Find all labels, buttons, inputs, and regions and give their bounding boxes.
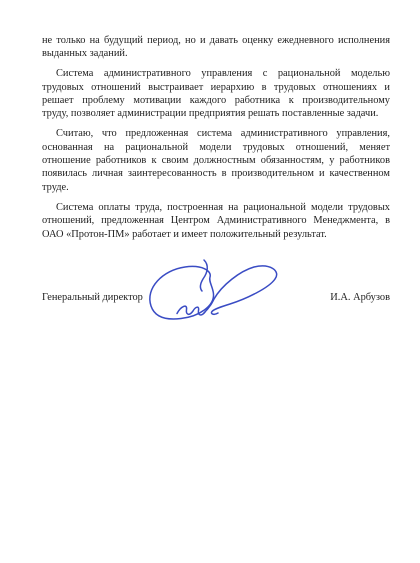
text-line: решает проблему мотивации каждого работн… [42, 94, 390, 107]
text-line: выданных заданий. [42, 47, 390, 60]
document-text: не только на будущий период, но и давать… [42, 34, 390, 241]
text-line: труду, позволяет администрации предприят… [42, 107, 390, 120]
paragraph: Система административного управления с р… [42, 67, 390, 120]
text-line: Считаю, что предложенная система админис… [42, 127, 390, 140]
document-body: не только на будущий период, но и давать… [42, 34, 390, 304]
text-line: появилась личная заинтересованность в пр… [42, 167, 390, 180]
signature-block: Генеральный директор И.А. Арбузов [42, 291, 390, 304]
text-line: Система административного управления с р… [42, 67, 390, 80]
signatory-name: И.А. Арбузов [330, 291, 390, 304]
text-line: Система оплаты труда, построенная на рац… [42, 201, 390, 214]
text-line: трудовых отношений выстраивает иерархию … [42, 81, 390, 94]
signatory-title: Генеральный директор [42, 291, 143, 304]
paragraph: Считаю, что предложенная система админис… [42, 127, 390, 194]
paragraph: Система оплаты труда, построенная на рац… [42, 201, 390, 241]
paragraph: не только на будущий период, но и давать… [42, 34, 390, 61]
text-line: труде. [42, 181, 390, 194]
text-line: ОАО «Протон-ПМ» работает и имеет положит… [42, 228, 390, 241]
text-line: основанная на рациональной модели трудов… [42, 141, 390, 154]
text-line: отношений, предложенная Центром Админист… [42, 214, 390, 227]
text-line: отношение работников к своим должностным… [42, 154, 390, 167]
document-page: не только на будущий период, но и давать… [0, 0, 420, 563]
text-line: не только на будущий период, но и давать… [42, 34, 390, 47]
